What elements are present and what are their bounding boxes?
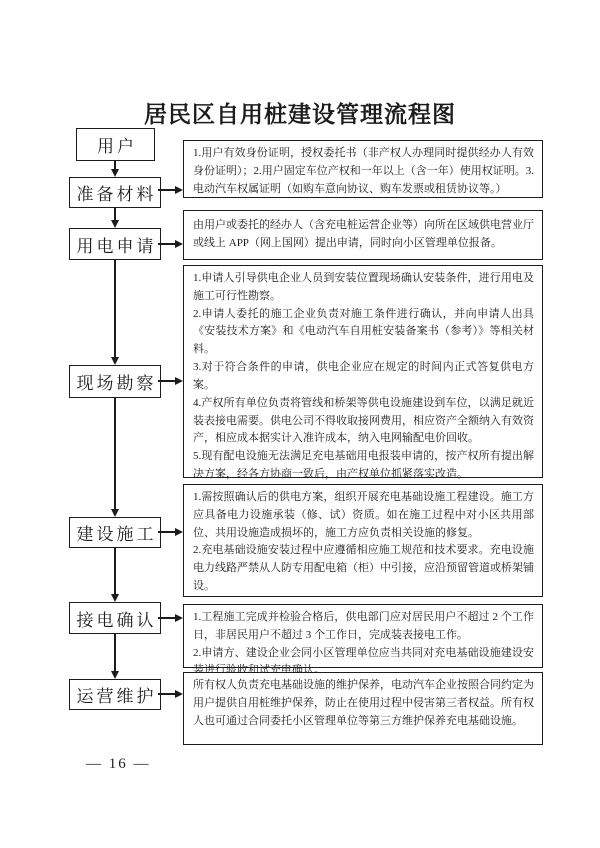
arrowhead-right-icon: [175, 528, 183, 536]
flow-node-construction: 建设施工: [69, 517, 161, 548]
connector-construction-to-desc: [158, 531, 176, 533]
connector-confirm-to-operation: [114, 634, 116, 671]
flow-node-construction-label: 建设施工: [74, 520, 157, 545]
page-title: 居民区自用桩建设管理流程图: [0, 96, 600, 129]
flow-node-user-label: 用户: [94, 132, 137, 157]
flow-node-power-application: 用电申请: [69, 228, 161, 260]
desc-box-construction: 1.需按照确认后的供电方案，组织开展充电基础设施工程建设。施工方应具备电力设施承…: [183, 484, 543, 597]
desc-box-connection-confirm: 1.工程施工完成并检验合格后，供电部门应对居民用户不超过 2 个工作日，非居民用…: [183, 604, 543, 668]
page-number: — 16 —: [86, 756, 151, 773]
arrowhead-down-icon: [111, 509, 119, 517]
connector-apply-to-desc: [158, 243, 176, 245]
arrowhead-down-icon: [111, 357, 119, 365]
desc-box-power-application: 由用户或委托的经办人（含充电桩运营企业等）向所在区域供电营业厅或线上 APP（网…: [183, 210, 543, 260]
arrowhead-right-icon: [175, 377, 183, 385]
arrowhead-down-icon: [111, 671, 119, 679]
flow-node-user: 用户: [76, 128, 155, 161]
flow-node-connection-confirm-label: 接电确认: [74, 606, 157, 631]
flow-node-site-survey: 现场勘察: [69, 365, 161, 398]
arrowhead-right-icon: [175, 186, 183, 194]
connector-prepare-to-desc: [158, 189, 176, 191]
arrowhead-right-icon: [175, 690, 183, 698]
flow-node-power-application-label: 用电申请: [74, 232, 157, 257]
flow-node-prepare-materials: 准备材料: [69, 177, 161, 208]
desc-box-site-survey: 1.申请人引导供电企业人员到安装位置现场确认安装条件，进行用电及施工可行性勘察。…: [183, 265, 543, 478]
connector-survey-to-construction: [114, 398, 116, 509]
connector-survey-to-desc: [158, 380, 176, 382]
arrowhead-down-icon: [111, 594, 119, 602]
flow-node-site-survey-label: 现场勘察: [74, 369, 157, 394]
arrowhead-down-icon: [111, 169, 119, 177]
flow-node-operation-maintenance-label: 运营维护: [74, 682, 157, 707]
flow-node-connection-confirm: 接电确认: [69, 602, 161, 634]
connector-operation-to-desc: [158, 693, 176, 695]
flow-node-prepare-materials-label: 准备材料: [74, 180, 157, 205]
connector-confirm-to-desc: [158, 617, 176, 619]
arrowhead-right-icon: [175, 240, 183, 248]
connector-apply-to-survey: [114, 260, 116, 357]
connector-construction-to-confirm: [114, 548, 116, 594]
arrowhead-down-icon: [111, 220, 119, 228]
desc-box-operation-maintenance: 所有权人负责充电基础设施的维护保养，电动汽车企业按照合同约定为用户提供自用桩维护…: [183, 672, 543, 745]
flow-node-operation-maintenance: 运营维护: [69, 679, 161, 710]
arrowhead-right-icon: [175, 614, 183, 622]
desc-box-prepare-materials: 1.用户有效身份证明，授权委托书（非产权人办理同时提供经办人有效身份证明）；2.…: [183, 140, 543, 198]
connector-prepare-to-apply: [114, 208, 116, 220]
document-page: 居民区自用桩建设管理流程图 用户 准备材料 用电申请 现场勘察 建设施工 接电确…: [0, 0, 600, 848]
